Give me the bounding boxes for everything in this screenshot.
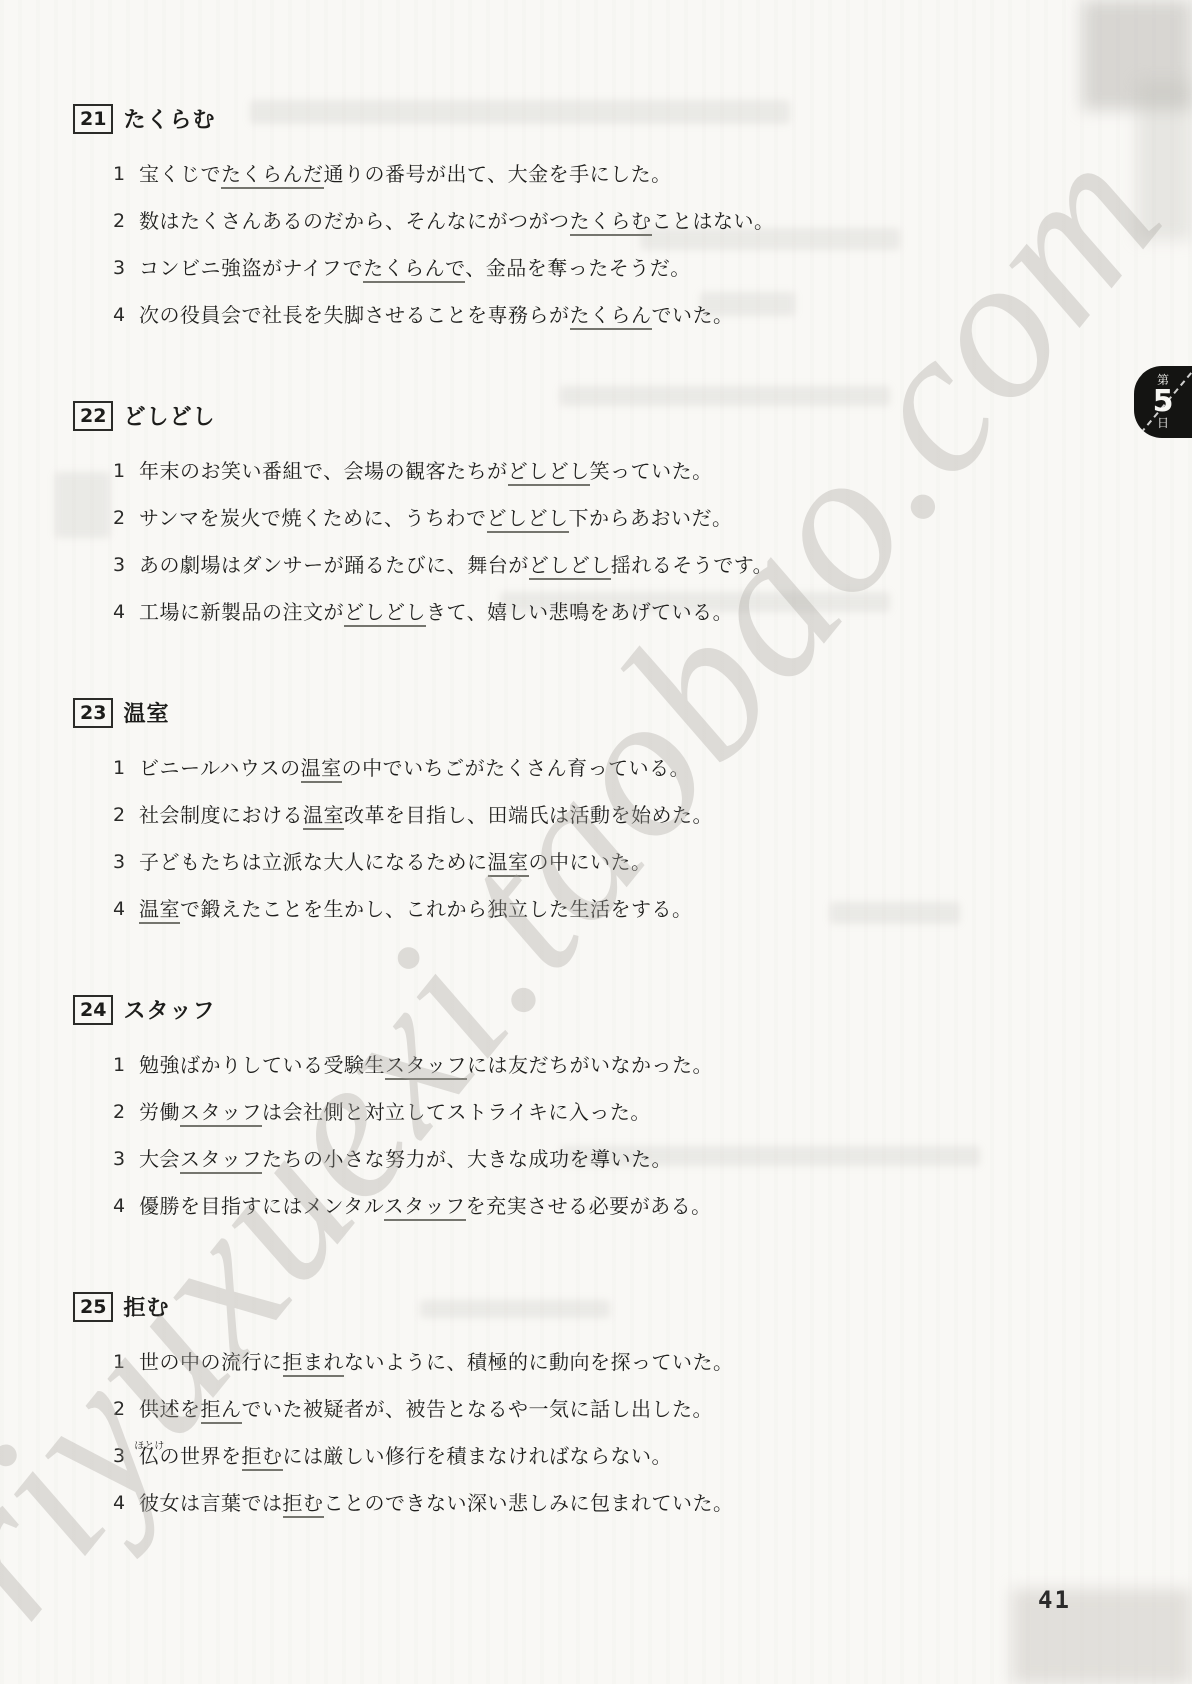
- sentence-post: 下からあおいだ。: [569, 506, 733, 530]
- sentence-post: 、金品を奪ったそうだ。: [465, 256, 691, 280]
- option-row: 1 ビニールハウスの温室の中でいちごがたくさん育っている。: [73, 754, 953, 783]
- option-row: 1 世の中の流行に拒まれないように、積極的に動向を探っていた。: [73, 1348, 953, 1377]
- question-23: 23 温室 1 ビニールハウスの温室の中でいちごがたくさん育っている。 2 社会…: [73, 697, 953, 924]
- sentence-text: 労働スタッフは会社側と対立してストライキに入った。: [139, 1098, 651, 1127]
- option-row: 4 工場に新製品の注文がどしどしきて、嬉しい悲鳴をあげている。: [73, 598, 953, 627]
- option-number: 2: [113, 207, 139, 236]
- question-25: 25 拒む 1 世の中の流行に拒まれないように、積極的に動向を探っていた。 2 …: [73, 1291, 953, 1518]
- option-number: 1: [113, 754, 139, 783]
- underlined-word: どしどし: [508, 459, 590, 486]
- option-number: 1: [113, 160, 139, 189]
- underlined-word: 拒む: [283, 1491, 324, 1518]
- sentence-pre: の世界を: [160, 1444, 242, 1468]
- sentence-text: コンビニ強盗がナイフでたくらんで、金品を奪ったそうだ。: [139, 254, 691, 283]
- underlined-word: たくらんで: [363, 256, 465, 283]
- sentence-text: サンマを炭火で焼くために、うちわでどしどし下からあおいだ。: [139, 504, 733, 533]
- question-22: 22 どしどし 1 年末のお笑い番組で、会場の観客たちがどしどし笑っていた。 2…: [73, 400, 953, 627]
- sentence-text: 勉強ばかりしている受験生スタッフには友だちがいなかった。: [139, 1051, 713, 1080]
- option-row: 3 大会スタッフたちの小さな努力が、大きな成功を導いた。: [73, 1145, 953, 1174]
- underlined-word: スタッフ: [180, 1100, 262, 1127]
- sentence-post: 通りの番号が出て、大金を手にした。: [324, 162, 672, 186]
- sentence-pre: 宝くじで: [139, 162, 221, 186]
- option-row: 1 勉強ばかりしている受験生スタッフには友だちがいなかった。: [73, 1051, 953, 1080]
- question-word: どしどし: [123, 400, 215, 431]
- question-header: 24 スタッフ: [73, 994, 953, 1025]
- option-row: 4 温室で鍛えたことを生かし、これから独立した生活をする。: [73, 895, 953, 924]
- sentence-post: ことのできない深い悲しみに包まれていた。: [324, 1491, 734, 1515]
- underlined-word: 拒む: [242, 1444, 283, 1471]
- option-row: 4 彼女は言葉では拒むことのできない深い悲しみに包まれていた。: [73, 1489, 953, 1518]
- option-number: 4: [113, 301, 139, 330]
- sentence-text: 供述を拒んでいた被疑者が、被告となるや一気に話し出した。: [139, 1395, 713, 1424]
- option-number: 4: [113, 1489, 139, 1518]
- option-row: 3 ほとけ仏の世界を拒むには厳しい修行を積まなければならない。: [73, 1442, 953, 1471]
- option-row: 3 あの劇場はダンサーが踊るたびに、舞台がどしどし揺れるそうです。: [73, 551, 953, 580]
- option-row: 1 宝くじでたくらんだ通りの番号が出て、大金を手にした。: [73, 160, 953, 189]
- sentence-text: ビニールハウスの温室の中でいちごがたくさん育っている。: [139, 754, 690, 783]
- sentence-pre: サンマを炭火で焼くために、うちわで: [139, 506, 487, 530]
- sentence-post: には厳しい修行を積まなければならない。: [283, 1444, 673, 1468]
- question-word: 温室: [123, 697, 169, 728]
- question-24: 24 スタッフ 1 勉強ばかりしている受験生スタッフには友だちがいなかった。 2…: [73, 994, 953, 1221]
- sentence-pre: 数はたくさんあるのだから、そんなにがつがつ: [139, 209, 570, 233]
- sentence-post: きて、嬉しい悲鳴をあげている。: [426, 600, 733, 624]
- sentence-post: たちの小さな努力が、大きな成功を導いた。: [262, 1147, 672, 1171]
- sentence-post: は会社側と対立してストライキに入った。: [262, 1100, 651, 1124]
- question-number-box: 22: [73, 401, 113, 431]
- option-number: 4: [113, 895, 139, 924]
- sentence-text: 大会スタッフたちの小さな努力が、大きな成功を導いた。: [139, 1145, 672, 1174]
- question-word: 拒む: [123, 1291, 169, 1322]
- question-21: 21 たくらむ 1 宝くじでたくらんだ通りの番号が出て、大金を手にした。 2 数…: [73, 103, 953, 330]
- option-row: 2 サンマを炭火で焼くために、うちわでどしどし下からあおいだ。: [73, 504, 953, 533]
- underlined-word: 拒まれ: [283, 1350, 345, 1377]
- question-header: 22 どしどし: [73, 400, 953, 431]
- sentence-post: ないように、積極的に動向を探っていた。: [344, 1350, 734, 1374]
- sentence-post: には友だちがいなかった。: [467, 1053, 713, 1077]
- option-number: 3: [113, 848, 139, 877]
- sentence-post: 改革を目指し、田端氏は活動を始めた。: [344, 803, 713, 827]
- option-row: 3 コンビニ強盗がナイフでたくらんで、金品を奪ったそうだ。: [73, 254, 953, 283]
- underlined-word: スタッフ: [384, 1194, 466, 1221]
- underlined-word: どしどし: [487, 506, 569, 533]
- sentence-text: 子どもたちは立派な大人になるために温室の中にいた。: [139, 848, 652, 877]
- underlined-word: 温室: [301, 756, 342, 783]
- sentence-text: 彼女は言葉では拒むことのできない深い悲しみに包まれていた。: [139, 1489, 734, 1518]
- sentence-text: 温室で鍛えたことを生かし、これから独立した生活をする。: [139, 895, 693, 924]
- sentence-pre: 工場に新製品の注文が: [139, 600, 344, 624]
- option-row: 2 供述を拒んでいた被疑者が、被告となるや一気に話し出した。: [73, 1395, 953, 1424]
- furigana-text: ほとけ: [134, 1432, 164, 1461]
- underlined-word: スタッフ: [180, 1147, 262, 1174]
- sentence-pre: 年末のお笑い番組で、会場の観客たちが: [139, 459, 508, 483]
- sentence-text: ほとけ仏の世界を拒むには厳しい修行を積まなければならない。: [139, 1442, 672, 1471]
- sentence-pre: 優勝を目指すにはメンタル: [139, 1194, 384, 1218]
- question-header: 23 温室: [73, 697, 953, 728]
- sentence-post: で鍛えたことを生かし、これから独立した生活をする。: [180, 897, 693, 921]
- option-number: 4: [113, 598, 139, 627]
- option-number: 3: [113, 254, 139, 283]
- day-5-tab: 第 5 日: [1134, 366, 1192, 438]
- sentence-pre: 勉強ばかりしている受験生: [139, 1053, 385, 1077]
- option-row: 4 優勝を目指すにはメンタルスタッフを充実させる必要がある。: [73, 1192, 953, 1221]
- option-row: 1 年末のお笑い番組で、会場の観客たちがどしどし笑っていた。: [73, 457, 953, 486]
- question-number-box: 21: [73, 104, 113, 134]
- option-row: 3 子どもたちは立派な大人になるために温室の中にいた。: [73, 848, 953, 877]
- question-word: たくらむ: [123, 103, 215, 134]
- question-number-box: 23: [73, 698, 113, 728]
- sentence-text: 工場に新製品の注文がどしどしきて、嬉しい悲鳴をあげている。: [139, 598, 733, 627]
- question-header: 25 拒む: [73, 1291, 953, 1322]
- sentence-pre: 子どもたちは立派な大人になるために: [139, 850, 488, 874]
- exercise-content: 21 たくらむ 1 宝くじでたくらんだ通りの番号が出て、大金を手にした。 2 数…: [73, 103, 953, 1588]
- question-number-box: 25: [73, 1292, 113, 1322]
- question-word: スタッフ: [123, 994, 215, 1025]
- option-row: 2 労働スタッフは会社側と対立してストライキに入った。: [73, 1098, 953, 1127]
- option-row: 2 数はたくさんあるのだから、そんなにがつがつたくらむことはない。: [73, 207, 953, 236]
- sentence-pre: ビニールハウスの: [139, 756, 301, 780]
- option-number: 2: [113, 504, 139, 533]
- sentence-pre: あの劇場はダンサーが踊るたびに、舞台が: [139, 553, 529, 577]
- question-header: 21 たくらむ: [73, 103, 953, 134]
- page-number: 41: [1038, 1586, 1071, 1614]
- underlined-word: たくらん: [570, 303, 652, 330]
- sentence-pre: 世の中の流行に: [139, 1350, 283, 1374]
- sentence-text: 年末のお笑い番組で、会場の観客たちがどしどし笑っていた。: [139, 457, 713, 486]
- option-number: 2: [113, 1395, 139, 1424]
- option-number: 2: [113, 801, 139, 830]
- underlined-word: たくらむ: [570, 209, 652, 236]
- underlined-word: どしどし: [344, 600, 426, 627]
- option-number: 1: [113, 457, 139, 486]
- sentence-pre: 供述を: [139, 1397, 201, 1421]
- sentence-text: あの劇場はダンサーが踊るたびに、舞台がどしどし揺れるそうです。: [139, 551, 773, 580]
- sentence-text: 宝くじでたくらんだ通りの番号が出て、大金を手にした。: [139, 160, 672, 189]
- option-row: 2 社会制度における温室改革を目指し、田端氏は活動を始めた。: [73, 801, 953, 830]
- sentence-post: 笑っていた。: [590, 459, 713, 483]
- option-number: 3: [113, 1145, 139, 1174]
- sentence-post: を充実させる必要がある。: [466, 1194, 712, 1218]
- sentence-pre: 労働: [139, 1100, 180, 1124]
- sentence-text: 社会制度における温室改革を目指し、田端氏は活動を始めた。: [139, 801, 713, 830]
- option-number: 1: [113, 1348, 139, 1377]
- underlined-word: どしどし: [529, 553, 611, 580]
- underlined-word: たくらんだ: [221, 162, 324, 189]
- sentence-text: 数はたくさんあるのだから、そんなにがつがつたくらむことはない。: [139, 207, 775, 236]
- underlined-word: 温室: [139, 897, 180, 924]
- sentence-pre: コンビニ強盗がナイフで: [139, 256, 363, 280]
- sentence-text: 世の中の流行に拒まれないように、積極的に動向を探っていた。: [139, 1348, 734, 1377]
- option-number: 3: [113, 551, 139, 580]
- sentence-post: でいた。: [652, 303, 734, 327]
- sentence-post: ことはない。: [652, 209, 775, 233]
- sentence-post: の中でいちごがたくさん育っている。: [342, 756, 691, 780]
- sentence-pre: 社会制度における: [139, 803, 303, 827]
- underlined-word: 拒ん: [201, 1397, 242, 1424]
- sentence-post: でいた被疑者が、被告となるや一気に話し出した。: [242, 1397, 714, 1421]
- sentence-text: 優勝を目指すにはメンタルスタッフを充実させる必要がある。: [139, 1192, 712, 1221]
- option-number: 4: [113, 1192, 139, 1221]
- scanned-textbook-page: riyuxuexi.taobao.com 第 5 日 21 たくらむ 1 宝くじ…: [0, 0, 1192, 1684]
- sentence-text: 次の役員会で社長を失脚させることを専務らがたくらんでいた。: [139, 301, 734, 330]
- sentence-pre: 彼女は言葉では: [139, 1491, 283, 1515]
- option-number: 1: [113, 1051, 139, 1080]
- sentence-pre: 大会: [139, 1147, 180, 1171]
- day-tab-char-nichi: 日: [1157, 417, 1169, 430]
- question-number-box: 24: [73, 995, 113, 1025]
- option-number: 2: [113, 1098, 139, 1127]
- sentence-post: の中にいた。: [529, 850, 652, 874]
- furigana-group: ほとけ仏: [139, 1444, 160, 1468]
- scan-artifact-corner-wash: [1137, 80, 1192, 240]
- underlined-word: スタッフ: [385, 1053, 467, 1080]
- underlined-word: 温室: [488, 850, 529, 877]
- option-row: 4 次の役員会で社長を失脚させることを専務らがたくらんでいた。: [73, 301, 953, 330]
- sentence-post: 揺れるそうです。: [611, 553, 773, 577]
- underlined-word: 温室: [303, 803, 344, 830]
- sentence-pre: 次の役員会で社長を失脚させることを専務らが: [139, 303, 570, 327]
